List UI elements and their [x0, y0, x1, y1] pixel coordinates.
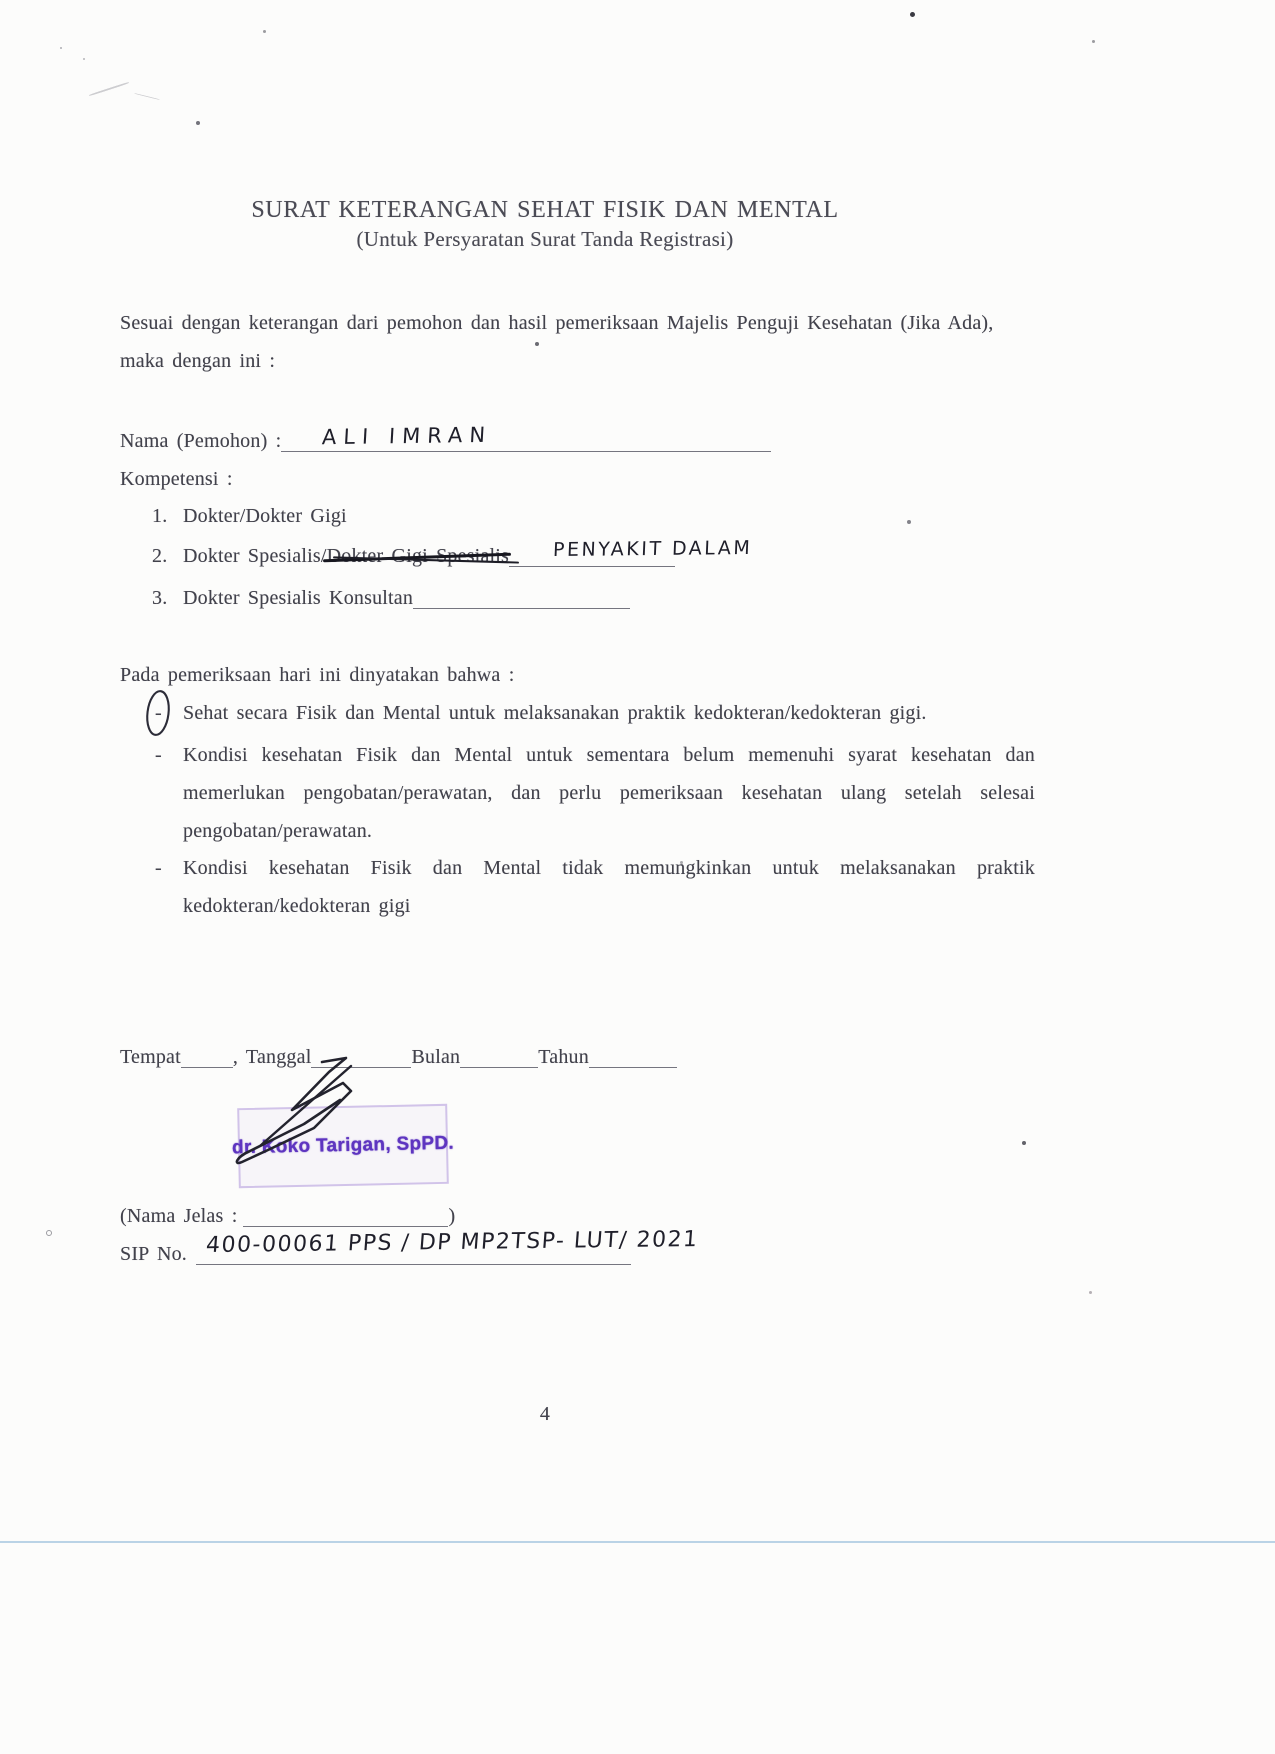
nama-jelas-label: (Nama Jelas : [120, 1205, 237, 1227]
scan-speck [1022, 1141, 1026, 1145]
item-1-number: 1. [152, 505, 183, 528]
scan-speck [83, 58, 85, 60]
item-2-struck-text: Dokter Gigi Spesialis [327, 545, 509, 568]
nama-jelas-close-paren: ) [448, 1205, 455, 1227]
option-3-marker: - [155, 857, 162, 880]
intro-line-2: maka dengan ini : [120, 350, 275, 373]
intro-line-1: Sesuai dengan keterangan dari pemohon da… [120, 312, 994, 335]
scan-speck [535, 342, 539, 346]
tempat-label: Tempat [120, 1046, 181, 1068]
tahun-label: Tahun [538, 1046, 589, 1068]
scan-speck [1092, 40, 1095, 43]
document-title: SURAT KETERANGAN SEHAT FISIK DAN MENTAL [120, 197, 970, 224]
date-row: Tempat, TanggalBulanTahun [120, 1046, 677, 1069]
bulan-label: Bulan [411, 1046, 460, 1068]
sip-label: SIP No. [120, 1243, 187, 1265]
option-3-line-1: Kondisi kesehatan Fisik dan Mental tidak… [183, 857, 1035, 880]
option-2-line-3: pengobatan/perawatan. [183, 820, 372, 843]
document-subtitle: (Untuk Persyaratan Surat Tanda Registras… [120, 227, 970, 252]
item-3-underline [413, 589, 630, 609]
scan-speck [907, 520, 911, 524]
kompetensi-item-3: 3.Dokter Spesialis Konsultan [152, 587, 630, 610]
nama-jelas-row: (Nama Jelas :) [120, 1205, 455, 1228]
pencil-mark [89, 82, 130, 97]
option-1-marker: - [155, 702, 162, 725]
item-3-text: Dokter Spesialis Konsultan [183, 587, 413, 609]
option-3-line-2: kedokteran/kedokteran gigi [183, 895, 411, 918]
kompetensi-label: Kompetensi : [120, 468, 233, 491]
kompetensi-item-1: 1.Dokter/Dokter Gigi [152, 505, 347, 528]
statement-heading: Pada pemeriksaan hari ini dinyatakan bah… [120, 664, 514, 687]
option-2-marker: - [155, 744, 162, 767]
item-2-number: 2. [152, 545, 183, 568]
scan-speck [1089, 1291, 1092, 1294]
name-label: Nama (Pemohon) : [120, 430, 281, 452]
scan-speck [263, 30, 266, 33]
specialty-handwritten: PENYAKIT DALAM [553, 537, 753, 561]
scanned-document-page: SURAT KETERANGAN SEHAT FISIK DAN MENTAL … [0, 0, 1275, 1754]
pencil-mark [134, 93, 159, 100]
tempat-underline [181, 1048, 233, 1068]
item-2-text: Dokter Spesialis/ [183, 545, 327, 567]
scan-speck [196, 121, 200, 125]
option-2-line-2: memerlukan pengobatan/perawatan, dan per… [183, 782, 1035, 805]
option-2-line-1: Kondisi kesehatan Fisik dan Mental untuk… [183, 744, 1035, 767]
signature-scribble [230, 1056, 390, 1181]
scan-speck [46, 1230, 52, 1236]
option-1-text: Sehat secara Fisik dan Mental untuk mela… [183, 702, 927, 725]
name-value-handwritten: ALI IMRAN [321, 423, 492, 449]
item-3-number: 3. [152, 587, 183, 610]
item-1-text: Dokter/Dokter Gigi [183, 505, 347, 527]
page-number: 4 [120, 1403, 970, 1426]
tahun-underline [589, 1048, 677, 1068]
scan-speck [910, 12, 915, 17]
scanner-edge-line [0, 1541, 1275, 1543]
nama-jelas-underline [243, 1207, 448, 1227]
bulan-underline [460, 1048, 538, 1068]
scan-speck [60, 47, 62, 49]
